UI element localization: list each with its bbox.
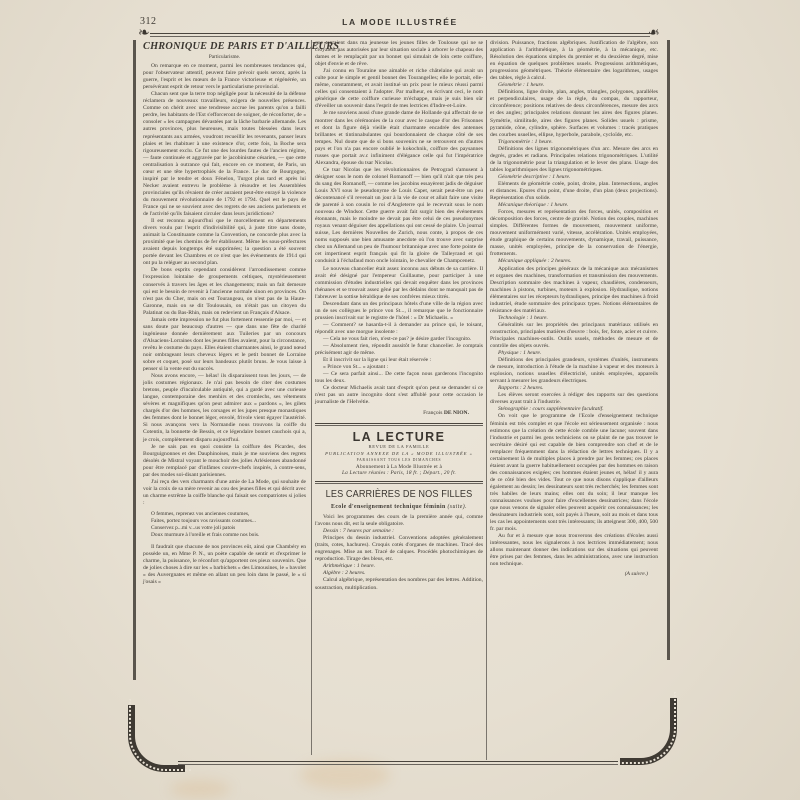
paragraph: Il est reconnu aujourd'hui que le morcel… bbox=[143, 218, 306, 267]
running-title: LA MODE ILLUSTRÉE bbox=[140, 17, 660, 27]
carrieres-title: LES CARRIÈRES DE NOS FILLES bbox=[323, 488, 474, 502]
carrieres-subtitle: Ecole d'enseignement technique féminin (… bbox=[315, 504, 483, 511]
paragraph: — Comment? se hasarda-t-il à demander au… bbox=[315, 322, 483, 336]
lecture-rule-top bbox=[315, 423, 483, 424]
chronique-title: CHRONIQUE DE PARIS ET D'AILLEURS bbox=[143, 40, 306, 53]
frame-right-border bbox=[667, 40, 670, 660]
article-signature: François DE NION. bbox=[315, 410, 469, 417]
lecture-rule-top-thin bbox=[315, 425, 483, 426]
to-be-continued: (A suivre.) bbox=[490, 571, 648, 578]
paragraph: Au fur et à mesure que nous trouverons d… bbox=[490, 533, 658, 568]
frame-left-border bbox=[133, 40, 136, 680]
carrieres-body: Voici les programmes des cours de la pre… bbox=[315, 514, 483, 592]
paragraph: Sténographie : cours supplémentaire facu… bbox=[490, 406, 658, 413]
column-divider bbox=[311, 40, 312, 755]
column-divider bbox=[486, 40, 487, 760]
paragraph: Les élèves seront exercées à rédiger des… bbox=[490, 392, 658, 406]
paragraph: On voit que le programme de l'Ecole d'en… bbox=[490, 413, 658, 533]
paragraph: Calcul algébrique, représentation des no… bbox=[315, 577, 483, 591]
paragraph: Définitions des lignes trigonométriques … bbox=[490, 146, 658, 174]
paragraph: Trigonométrie : 1 heure. bbox=[490, 139, 658, 146]
paragraph: Définitions des principales grandeurs, s… bbox=[490, 357, 658, 385]
paragraph: Définitions, ligne droite, plan, angles,… bbox=[490, 89, 658, 138]
lecture-line-5: La Lecture réunies : Paris, 18 fr. ; Dép… bbox=[315, 470, 483, 477]
paragraph: Principes du dessin industriel. Conventi… bbox=[315, 535, 483, 563]
paragraph: Voici les programmes des cours de la pre… bbox=[315, 514, 483, 528]
paragraph: division. Puissance, fractions algébriqu… bbox=[490, 40, 658, 82]
paragraph: que tentaient dans ma jeunesse les jeune… bbox=[315, 40, 483, 68]
footer-rule-thin bbox=[178, 764, 618, 765]
chronique-continuation: que tentaient dans ma jeunesse les jeune… bbox=[315, 40, 483, 406]
footer-rule bbox=[178, 761, 618, 762]
paragraph: Et il inscrivit sur la ligne qui leur ét… bbox=[315, 357, 483, 364]
lecture-advertisement: LA LECTURE REVUE DE LA FAMILLE PUBLICATI… bbox=[315, 430, 483, 477]
paragraph: Je ne sais pas en quoi consiste la coiff… bbox=[143, 444, 306, 479]
corner-ornament-bottom-left bbox=[128, 705, 185, 772]
paragraph: Faites, portez toujours vos ravissants c… bbox=[151, 518, 306, 525]
header-rule bbox=[150, 33, 650, 34]
paragraph: Nous avons encore, — hélas! ils disparai… bbox=[143, 373, 306, 443]
header-rule-thin bbox=[150, 36, 650, 37]
paragraph: Mécanique appliquée : 2 heures. bbox=[490, 258, 658, 265]
paragraph: Dessin : 7 heures par semaine : bbox=[315, 528, 483, 535]
carrieres-subtitle-suffix: (suite). bbox=[447, 504, 466, 510]
paragraph: Eléments de géométrie cotée, point, droi… bbox=[490, 181, 658, 202]
paragraph: Ce docteur Michaelis avait tant d'esprit… bbox=[315, 385, 483, 406]
paragraph: Technologie : 1 heure. bbox=[490, 315, 658, 322]
page-header: 312 LA MODE ILLUSTRÉE bbox=[140, 14, 660, 34]
paragraph: J'ai reçu des vers charmants d'une amie … bbox=[143, 479, 306, 507]
paragraph: On remarque en ce moment, parmi les nomb… bbox=[143, 63, 306, 91]
paragraph: De bons esprits cependant considèrent l'… bbox=[143, 267, 306, 316]
lecture-rule-bottom bbox=[315, 481, 483, 482]
paragraph: — Cela ne vous fait rien, n'est-ce pas? … bbox=[315, 336, 483, 343]
paragraph: — Ce sera parfait ainsi... De cette faço… bbox=[315, 371, 483, 385]
column-chronique: CHRONIQUE DE PARIS ET D'AILLEURS Particu… bbox=[143, 40, 306, 586]
paragraph: Application des principes généraux de la… bbox=[490, 266, 658, 315]
lecture-title: LA LECTURE bbox=[315, 430, 483, 444]
chronique-body: On remarque en ce moment, parmi les nomb… bbox=[143, 63, 306, 507]
paragraph: Descendant dans un des principaux hôtels… bbox=[315, 301, 483, 322]
paragraph: Le nouveau chancelier était assez inconn… bbox=[315, 266, 483, 301]
paragraph: — Absolument rien, répondit aussitôt le … bbox=[315, 343, 483, 357]
paper-stain bbox=[170, 780, 230, 798]
paragraph: O femmes, reprenez vos anciennes coutume… bbox=[151, 511, 306, 518]
column-right: division. Puissance, fractions algébriqu… bbox=[490, 40, 658, 578]
paragraph: Ce tsar Nicolas que les révolutionnaires… bbox=[315, 167, 483, 266]
chronique-subtitle: Particularisme. bbox=[143, 54, 306, 61]
paragraph: Chacun sent que la terre trop négligée p… bbox=[143, 91, 306, 218]
corner-ornament-bottom-right bbox=[620, 698, 677, 765]
paragraph: Il faudrait que chacune de nos provinces… bbox=[143, 544, 306, 586]
chronique-body-end: Il faudrait que chacune de nos provinces… bbox=[143, 544, 306, 586]
paragraph: Algèbre : 2 heures. bbox=[315, 570, 483, 577]
paragraph: Jamais cette impression ne fut plus fort… bbox=[143, 317, 306, 373]
paragraph: Je me souviens aussi d'une grande dame d… bbox=[315, 110, 483, 166]
paragraph: Généralités sur les propriétés des princ… bbox=[490, 322, 658, 350]
signature-name: DE NION. bbox=[444, 410, 469, 416]
paragraph: Rapports : 2 heures. bbox=[490, 385, 658, 392]
newspaper-page: 312 LA MODE ILLUSTRÉE ❧ ❧ CHRONIQUE DE P… bbox=[0, 0, 800, 800]
carrieres-subtitle-text: Ecole d'enseignement technique féminin bbox=[331, 504, 446, 510]
paragraph: Géométrie descriptive : 1 heure. bbox=[490, 174, 658, 181]
column-middle: que tentaient dans ma jeunesse les jeune… bbox=[315, 40, 483, 592]
carrieres-continuation: division. Puissance, fractions algébriqu… bbox=[490, 40, 658, 569]
paragraph: J'ai connu en Touraine une aimable et ri… bbox=[315, 68, 483, 110]
lecture-rule-bottom-thin bbox=[315, 483, 483, 484]
paragraph: Forces, mesures et représentation des fo… bbox=[490, 209, 658, 258]
paragraph: Conservez p...mi v...us votre joli patoi… bbox=[151, 525, 306, 532]
signature-prefix: François bbox=[423, 410, 442, 416]
paragraph: Arithmétique : 1 heure. bbox=[315, 563, 483, 570]
chronique-poem: O femmes, reprenez vos anciennes coutume… bbox=[151, 511, 306, 539]
paragraph: Doux murmure à l'oreille et frais comme … bbox=[151, 532, 306, 539]
